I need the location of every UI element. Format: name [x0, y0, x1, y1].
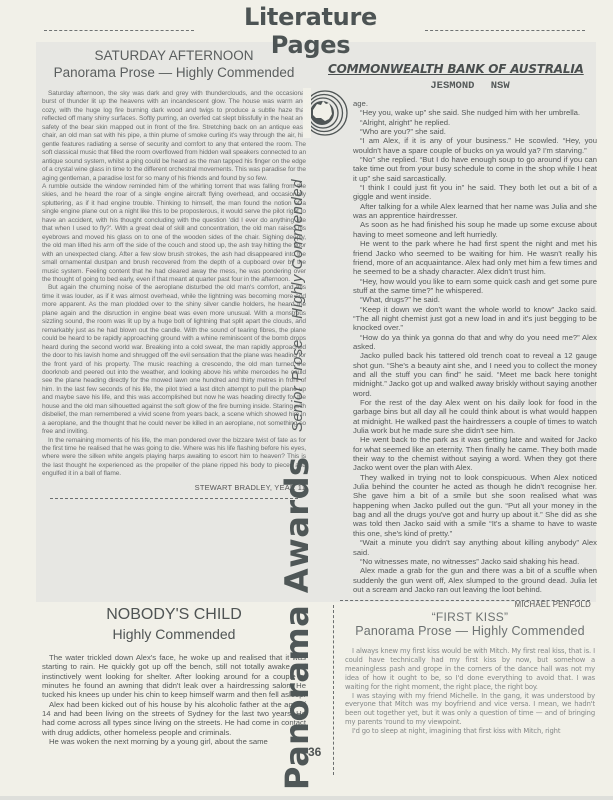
paragraph: “Who are you?” she said. [353, 127, 597, 136]
paragraph: age. [353, 99, 597, 108]
author-byline: STEWART BRADLEY, YEAR 11 [42, 483, 306, 492]
article-saturday-afternoon: SATURDAY AFTERNOON Panorama Prose — High… [42, 48, 306, 499]
paragraph: “How do ya think ya gonna do that and wh… [353, 333, 597, 352]
article-first-kiss: “FIRST KISS” Panorama Prose — Highly Com… [345, 610, 595, 736]
paragraph: He was woken the next morning by a young… [42, 737, 306, 746]
article-nobodys-child: NOBODY'S CHILD Highly Commended The wate… [42, 605, 306, 746]
article-subtitle: Highly Commended [42, 625, 306, 643]
article-body: Saturday afternoon, the sky was dark and… [42, 90, 306, 479]
header-rule-right [425, 30, 585, 31]
paragraph: Saturday afternoon, the sky was dark and… [42, 90, 306, 183]
paragraph: They walked in trying not to look conspi… [353, 473, 597, 538]
paragraph: For the rest of the day Alex went on his… [353, 398, 597, 435]
paragraph: “Wait a minute you didn't say anything a… [353, 538, 597, 557]
paragraph: “Keep it down we don't want the whole wo… [353, 305, 597, 333]
paragraph: “No” she replied. “But I do have enough … [353, 155, 597, 183]
paragraph: “I think I could just fit you in” he sai… [353, 183, 597, 202]
paragraph: I'd go to sleep at night, imagining that… [345, 727, 595, 736]
section-divider [50, 498, 298, 499]
page-edge [0, 796, 613, 800]
paragraph: He went back to the park as it was getti… [353, 435, 597, 472]
article-subtitle: Panorama Prose — Highly Commended [345, 624, 595, 639]
paragraph: “No witnesses mate, no witnesses” Jacko … [353, 557, 597, 566]
paragraph: I was staying with my friend Michelle. I… [345, 692, 595, 728]
magazine-page: Literature Pages SATURDAY AFTERNOON Pano… [0, 0, 613, 800]
article-body: age. “Hey you, wake up” she said. She nu… [353, 99, 597, 594]
paragraph: “I am Alex, if it is any of your busines… [353, 136, 597, 155]
article-title: SATURDAY AFTERNOON [42, 48, 306, 64]
panorama-awards-banner: Panorama Awards Senior Prose Highly Comm… [278, 50, 328, 790]
paragraph: Alex had been kicked out of his house by… [42, 700, 306, 737]
banner-award: Highly Commended [289, 179, 306, 319]
paragraph: But again the churning noise of the aero… [42, 284, 306, 436]
sponsor-name: COMMONWEALTH BANK OF AUSTRALIA [328, 62, 588, 76]
article-nobodys-child-continued: age. “Hey you, wake up” she said. She nu… [353, 99, 597, 609]
article-title: “FIRST KISS” [345, 610, 595, 624]
page-number: 36 [308, 745, 321, 759]
paragraph: In the remaining moments of his life, th… [42, 437, 306, 479]
article-title: NOBODY'S CHILD [42, 605, 306, 625]
sponsor-location: JESMOND NSW [400, 80, 540, 92]
header-rule-left [44, 30, 194, 31]
first-kiss-border [333, 605, 334, 775]
paragraph: “Hey you, wake up” she said. She nudged … [353, 108, 597, 117]
paragraph: After talking for a while Alex learned t… [353, 202, 597, 221]
paragraph: As soon as he had finished his soup he m… [353, 220, 597, 239]
article-body: The water trickled down Alex's face, he … [42, 653, 306, 746]
paragraph: The water trickled down Alex's face, he … [42, 653, 306, 700]
paragraph: I always knew my first kiss would be wit… [345, 647, 595, 692]
paragraph: Jacko pulled back his tattered old trenc… [353, 351, 597, 398]
author-byline: MICHAEL PENFOLD [353, 600, 597, 609]
paragraph: “Hey, how would you like to earn some qu… [353, 277, 597, 296]
paragraph: “Alright, alright” he replied. [353, 118, 597, 127]
paragraph: Alex made a grab for the gun and there w… [353, 566, 597, 594]
article-subtitle: Panorama Prose — Highly Commended [42, 64, 306, 82]
article-body: I always knew my first kiss would be wit… [345, 647, 595, 736]
section-divider [340, 600, 590, 601]
banner-title: Panorama Awards [278, 456, 316, 790]
paragraph: He went to the park where he had first s… [353, 239, 597, 276]
paragraph: “What, drugs?” he said. [353, 295, 597, 304]
banner-category: Senior Prose [289, 339, 306, 432]
paragraph: A rumble outside the window reminded him… [42, 183, 306, 284]
